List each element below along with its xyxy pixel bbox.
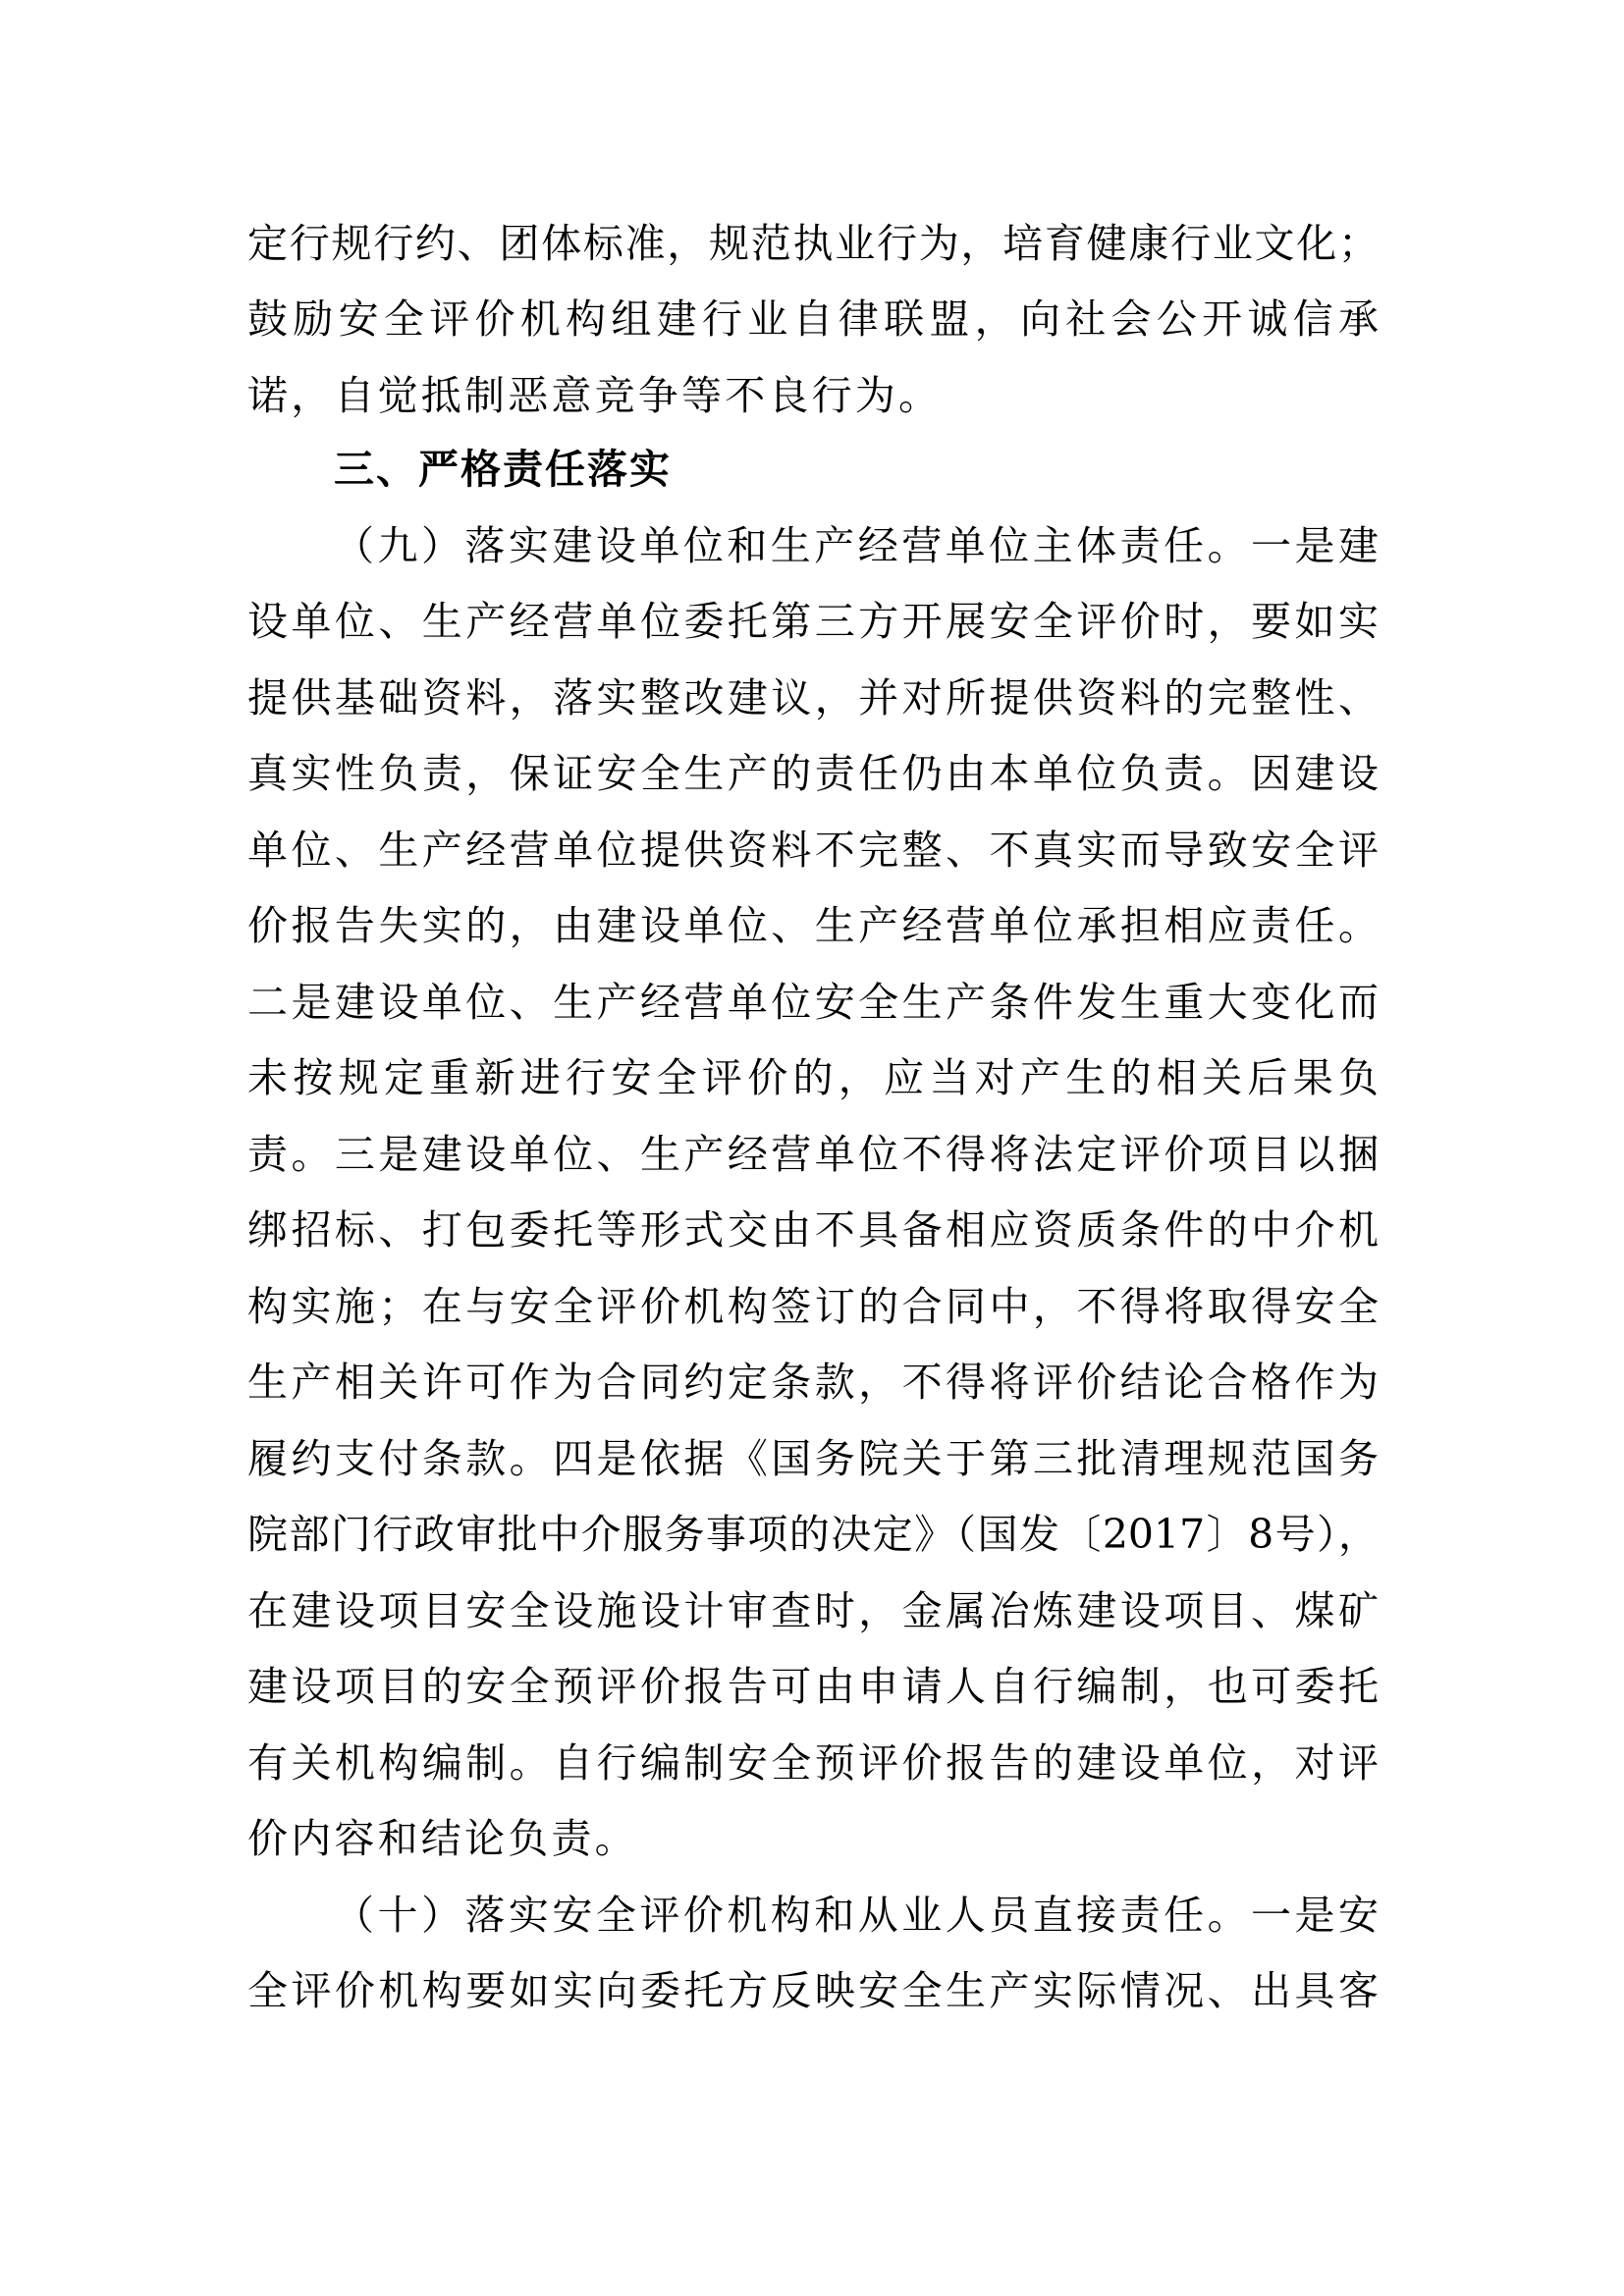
- paragraph-line: 单位、生产经营单位提供资料不完整、不真实而导致安全评: [247, 821, 1379, 880]
- paragraph-line: （九）落实建设单位和生产经营单位主体责任。一是建: [334, 516, 1379, 575]
- paragraph-line: 建设项目的安全预评价报告可由申请人自行编制，也可委托: [247, 1657, 1379, 1716]
- paragraph-line: 定行规行约、团体标准，规范执业行为，培育健康行业文化；: [247, 214, 1379, 273]
- paragraph-line: 提供基础资料，落实整改建议，并对所提供资料的完整性、: [247, 668, 1379, 727]
- paragraph-line: 设单位、生产经营单位委托第三方开展安全评价时，要如实: [247, 592, 1379, 651]
- paragraph-line: 全评价机构要如实向委托方反映安全生产实际情况、出具客: [247, 1961, 1379, 2020]
- document-page: 定行规行约、团体标准，规范执业行为，培育健康行业文化； 鼓励安全评价机构组建行业…: [0, 0, 1624, 2296]
- paragraph-line: 价报告失实的，由建设单位、生产经营单位承担相应责任。: [247, 896, 1379, 955]
- paragraph-line: 价内容和结论负责。: [247, 1809, 1379, 1868]
- paragraph-line: 履约支付条款。四是依据《国务院关于第三批清理规范国务: [247, 1429, 1379, 1488]
- paragraph-line: 构实施；在与安全评价机构签订的合同中，不得将取得安全: [247, 1277, 1379, 1336]
- paragraph-line: 绑招标、打包委托等形式交由不具备相应资质条件的中介机: [247, 1201, 1379, 1259]
- paragraph-line: 诺，自觉抵制恶意竞争等不良行为。: [247, 366, 1379, 425]
- paragraph-line: 有关机构编制。自行编制安全预评价报告的建设单位，对评: [247, 1734, 1379, 1792]
- paragraph-line: 责。三是建设单位、生产经营单位不得将法定评价项目以捆: [247, 1125, 1379, 1184]
- paragraph-line: 真实性负责，保证安全生产的责任仍由本单位负责。因建设: [247, 744, 1379, 803]
- paragraph-line: 生产相关许可作为合同约定条款，不得将评价结论合格作为: [247, 1353, 1379, 1412]
- paragraph-line: 二是建设单位、生产经营单位安全生产条件发生重大变化而: [247, 973, 1379, 1032]
- paragraph-line: 院部门行政审批中介服务事项的决定》（国发〔2017〕8号），: [247, 1505, 1379, 1564]
- paragraph-line: 在建设项目安全设施设计审查时，金属冶炼建设项目、煤矿: [247, 1581, 1379, 1640]
- section-heading: 三、严格责任落实: [334, 440, 672, 499]
- paragraph-line: 未按规定重新进行安全评价的，应当对产生的相关后果负: [247, 1048, 1379, 1107]
- paragraph-line: （十）落实安全评价机构和从业人员直接责任。一是安: [334, 1886, 1379, 1945]
- paragraph-line: 鼓励安全评价机构组建行业自律联盟，向社会公开诚信承: [247, 290, 1379, 348]
